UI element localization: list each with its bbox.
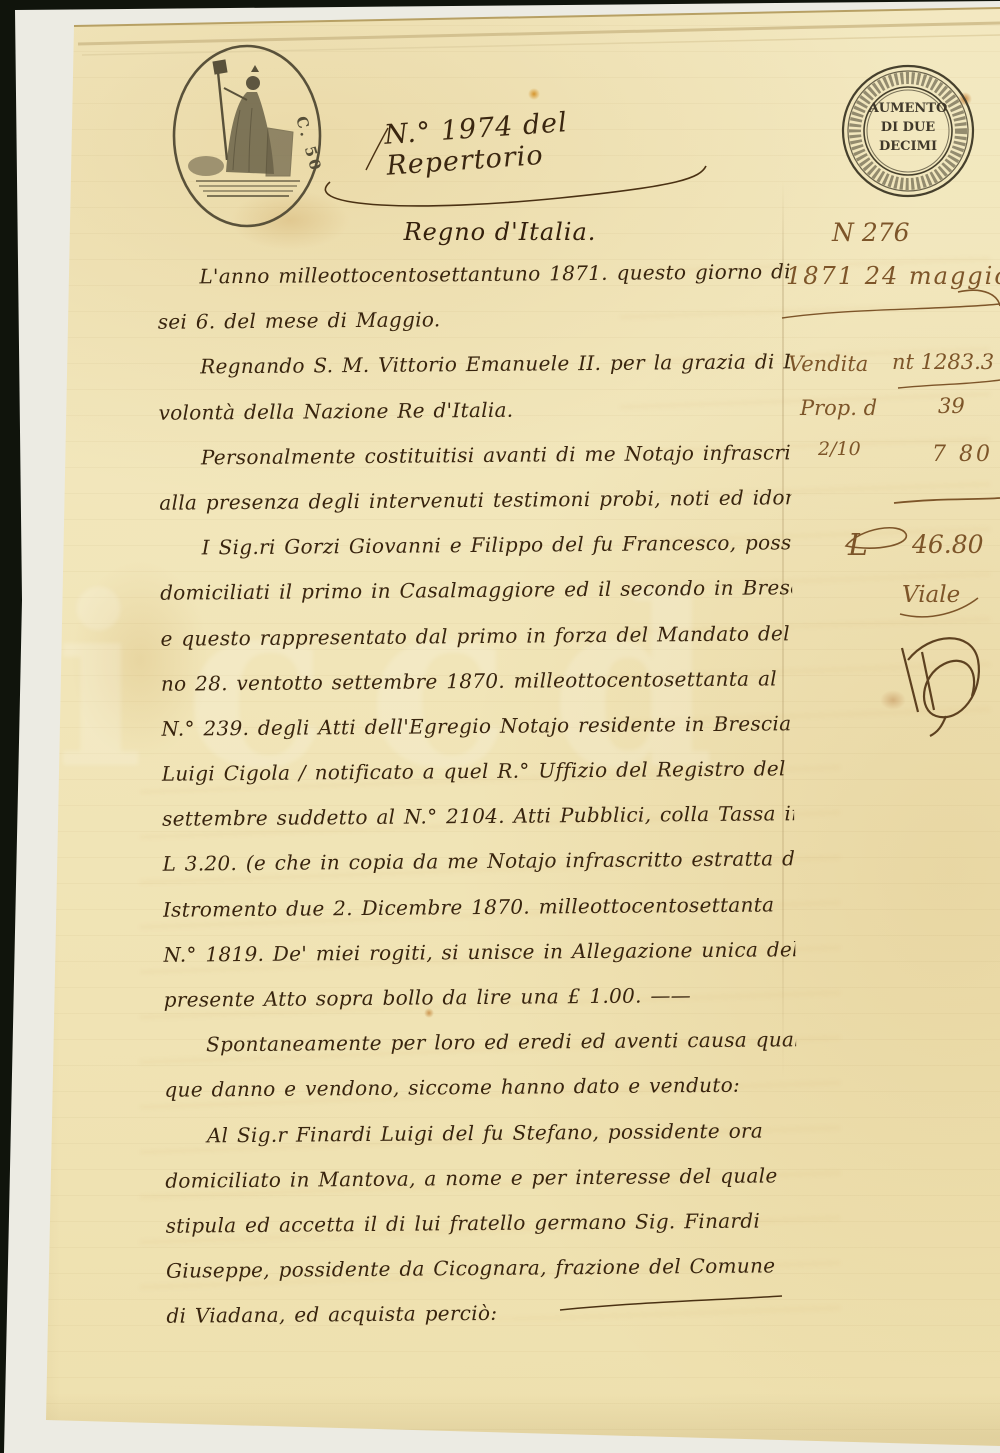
- body-line: Giuseppe, possidente da Cicognara, frazi…: [166, 1253, 798, 1304]
- aumento-line3: DECIMI: [864, 138, 952, 157]
- body-line: N.° 239. degli Atti dell'Egregio Notajo …: [161, 711, 793, 762]
- body-line: que danno e vendono, siccome hanno dato …: [164, 1073, 796, 1124]
- document-body: L'anno milleottocentosettantuno 1871. qu…: [157, 259, 798, 1349]
- body-line: sei 6. del mese di Maggio.: [158, 304, 790, 355]
- margin-prop-value: 39: [938, 394, 965, 418]
- document-title: Regno d'Italia.: [330, 218, 670, 246]
- margin-decimi-value: 7 80: [932, 442, 993, 467]
- body-line: N.° 1819. De' miei rogiti, si unisce in …: [163, 937, 795, 988]
- margin-total-currency: L: [848, 528, 868, 563]
- body-line: volontà della Nazione Re d'Italia.: [158, 395, 790, 446]
- body-line: Regnando S. M. Vittorio Emanuele II. per…: [158, 350, 790, 401]
- body-line: no 28. ventotto settembre 1870. milleott…: [161, 666, 793, 717]
- body-line: settembre suddetto al N.° 2104. Atti Pub…: [162, 801, 794, 852]
- body-line: domiciliati il primo in Casalmaggiore ed…: [160, 576, 792, 627]
- body-line: L'anno milleottocentosettantuno 1871. qu…: [157, 259, 789, 310]
- body-line: Luigi Cigola / notificato a quel R.° Uff…: [162, 756, 794, 807]
- margin-vendita-value: nt 1283.3: [892, 350, 994, 374]
- margin-decimi-label: 2/10: [818, 438, 861, 460]
- margin-prop-label: Prop. d: [800, 396, 877, 420]
- body-line: Personalmente costituitisi avanti di me …: [159, 440, 791, 491]
- body-line: I Sig.ri Gorzi Giovanni e Filippo del fu…: [160, 530, 792, 581]
- aumento-line1: AUMENTO: [864, 100, 952, 119]
- margin-total-value: 46.80: [912, 530, 984, 559]
- scanned-document-frame: iccd: [0, 0, 1000, 1453]
- body-line: L 3.20. (e che in copia da me Notajo inf…: [162, 847, 794, 898]
- aumento-stamp-text: AUMENTO DI DUE DECIMI: [864, 100, 952, 157]
- body-line: domiciliato in Mantova, a nome e per int…: [165, 1163, 797, 1214]
- margin-registration-date: 1871 24 maggio: [786, 262, 1000, 290]
- body-line: e questo rappresentato dal primo in forz…: [160, 621, 792, 672]
- margin-signature-name: Viale: [902, 582, 960, 608]
- margin-protocol-number: N 276: [832, 218, 910, 247]
- margin-vendita-label: Vendita: [788, 352, 868, 376]
- body-line: presente Atto sopra bollo da lire una £ …: [164, 982, 796, 1033]
- body-line: di Viadana, ed acquista perciò:: [166, 1299, 798, 1350]
- body-line: Al Sig.r Finardi Luigi del fu Stefano, p…: [165, 1118, 797, 1169]
- body-line: Spontaneamente per loro ed eredi ed aven…: [164, 1027, 796, 1078]
- aumento-line2: DI DUE: [864, 119, 952, 138]
- body-line: Istromento due 2. Dicembre 1870. milleot…: [163, 892, 795, 943]
- body-line: stipula ed accetta il di lui fratello ge…: [166, 1208, 798, 1259]
- body-line: alla presenza degli intervenuti testimon…: [159, 485, 791, 536]
